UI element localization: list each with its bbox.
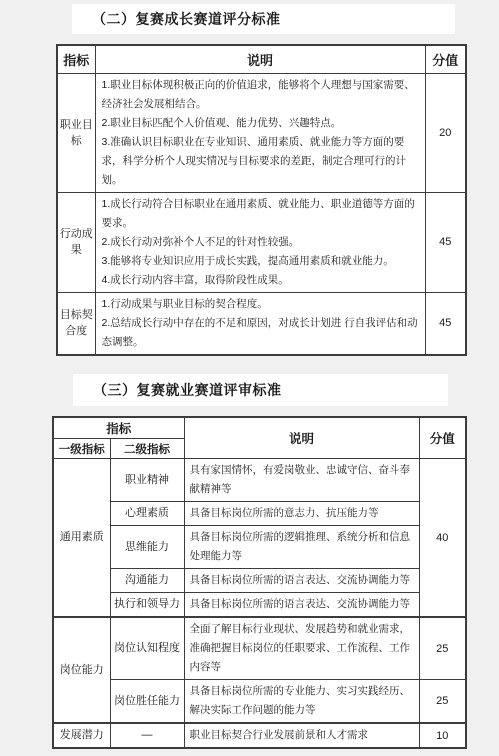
- description-cell: 具备目标岗位所需的逻辑推理、系统分析和信息处理能力等: [184, 526, 419, 569]
- level2-cell: 执行和领导力: [110, 593, 184, 618]
- score-column-header: 分值: [425, 45, 466, 73]
- score-cell: 45: [425, 192, 466, 292]
- table-row: 沟通能力 具备目标岗位所需的语言表达、交流协调能力等: [53, 569, 466, 593]
- description-item: 2.成长行动对弥补个人不足的针对性较强。: [102, 233, 421, 252]
- level2-cell: 思维能力: [110, 526, 184, 569]
- table-row: 思维能力 具备目标岗位所需的逻辑推理、系统分析和信息处理能力等: [53, 526, 466, 569]
- score-cell: 45: [425, 292, 466, 355]
- description-item: 4.成长行动内容丰富，取得阶段性成果。: [102, 271, 421, 290]
- level2-cell: 岗位认知程度: [110, 617, 184, 680]
- table-row: 职业目标 1.职业目标体现积极正向的价值追求，能够将个人理想与国家需要、经济社会…: [57, 73, 466, 192]
- level2-cell: 沟通能力: [110, 569, 184, 593]
- description-item: 1.行动成果与职业目标的契合程度。: [102, 295, 421, 314]
- description-cell: 具备目标岗位所需的语言表达、交流协调能力等: [184, 593, 419, 618]
- description-cell: 具备目标岗位所需的意志力、抗压能力等: [184, 502, 419, 526]
- description-item: 1.成长行动符合目标职业在通用素质、就业能力、职业道德等方面的要求。: [102, 195, 421, 233]
- employment-review-table: 指标 说明 分值 一级指标 二级指标 通用素质 职业精神 具有家国情怀，有爱岗敬…: [52, 416, 467, 750]
- description-item: 2.职业目标匹配个人价值观、能力优势、兴趣特点。: [102, 114, 421, 133]
- growth-table-header-row: 指标 说明 分值: [57, 45, 466, 73]
- description-cell: 具备目标岗位所需的专业能力、实习实践经历、解决实际工作问题的能力等: [184, 680, 419, 724]
- description-item: 1.职业目标体现积极正向的价值追求，能够将个人理想与国家需要、经济社会发展相结合…: [102, 76, 421, 114]
- table-row: 岗位能力 岗位认知程度 全面了解目标行业现状、发展趋势和就业需求，准确把握目标岗…: [53, 617, 466, 680]
- description-cell: 具有家国情怀，有爱岗敬业、忠诚守信、奋斗奉献精神等: [184, 459, 419, 502]
- growth-section-heading-band: （二）复赛成长赛道评分标准: [72, 4, 455, 34]
- table-row: 执行和领导力 具备目标岗位所需的语言表达、交流协调能力等: [53, 593, 466, 618]
- description-cell: 1.行动成果与职业目标的契合程度。 2.总结成长行动中存在的不足和原因，对成长计…: [95, 292, 425, 355]
- growth-score-table: 指标 说明 分值 职业目标 1.职业目标体现积极正向的价值追求，能够将个人理想与…: [56, 44, 467, 356]
- indicator-cell: 职业目标: [57, 73, 95, 192]
- employment-table-header-row-1: 指标 说明 分值: [53, 417, 466, 439]
- description-cell: 具备目标岗位所需的语言表达、交流协调能力等: [184, 569, 419, 593]
- growth-section-heading: （二）复赛成长赛道评分标准: [72, 9, 281, 29]
- level2-column-header: 二级指标: [110, 439, 184, 459]
- indicator-cell: 行动成果: [57, 192, 95, 292]
- score-cell: 40: [419, 459, 466, 618]
- level2-cell: 岗位胜任能力: [110, 680, 184, 724]
- level2-cell: 心理素质: [110, 502, 184, 526]
- description-item: 3.准确认识目标职业在专业知识、通用素质、就业能力等方面的要求，科学分析个人现实…: [102, 133, 421, 190]
- description-column-header: 说明: [184, 417, 419, 459]
- employment-section-heading-band: （三）复赛就业赛道评审标准: [73, 374, 448, 406]
- description-item: 2.总结成长行动中存在的不足和原因，对成长计划进 行自我评估和动态调整。: [102, 314, 421, 352]
- level2-cell: 职业精神: [110, 459, 184, 502]
- table-row: 心理素质 具备目标岗位所需的意志力、抗压能力等: [53, 502, 466, 526]
- level1-column-header: 一级指标: [53, 439, 110, 459]
- description-item: 3.能够将专业知识应用于成长实践，提高通用素质和就业能力。: [102, 252, 421, 271]
- score-cell: 10: [419, 723, 466, 748]
- score-column-header: 分值: [419, 417, 466, 459]
- table-row: 岗位胜任能力 具备目标岗位所需的专业能力、实习实践经历、解决实际工作问题的能力等…: [53, 680, 466, 724]
- description-cell: 全面了解目标行业现状、发展趋势和就业需求，准确把握目标岗位的任职要求、工作流程、…: [184, 617, 419, 680]
- level1-cell-position-ability: 岗位能力: [53, 617, 110, 723]
- table-row: 通用素质 职业精神 具有家国情怀，有爱岗敬业、忠诚守信、奋斗奉献精神等 40: [53, 459, 466, 502]
- score-cell: 25: [419, 617, 466, 680]
- table-row: 发展潜力 — 职业目标契合行业发展前景和人才需求 10: [53, 723, 466, 748]
- employment-section-heading: （三）复赛就业赛道评审标准: [73, 380, 282, 400]
- level1-cell-general-quality: 通用素质: [53, 459, 110, 618]
- level1-cell-development-potential: 发展潜力: [53, 723, 110, 748]
- table-row: 目标契合度 1.行动成果与职业目标的契合程度。 2.总结成长行动中存在的不足和原…: [57, 292, 466, 355]
- description-cell: 职业目标契合行业发展前景和人才需求: [184, 723, 419, 748]
- level2-cell-dash: —: [110, 723, 184, 748]
- indicator-cell: 目标契合度: [57, 292, 95, 355]
- description-cell: 1.成长行动符合目标职业在通用素质、就业能力、职业道德等方面的要求。 2.成长行…: [95, 192, 425, 292]
- indicator-column-header: 指标: [57, 45, 95, 73]
- score-cell: 20: [425, 73, 466, 192]
- score-cell: 25: [419, 680, 466, 724]
- table-row: 行动成果 1.成长行动符合目标职业在通用素质、就业能力、职业道德等方面的要求。 …: [57, 192, 466, 292]
- description-cell: 1.职业目标体现积极正向的价值追求，能够将个人理想与国家需要、经济社会发展相结合…: [95, 73, 425, 192]
- indicator-group-header: 指标: [53, 417, 184, 439]
- document-page: （二）复赛成长赛道评分标准 指标 说明 分值 职业目标 1.职业目标体现积极正向…: [0, 0, 499, 756]
- description-column-header: 说明: [95, 45, 425, 73]
